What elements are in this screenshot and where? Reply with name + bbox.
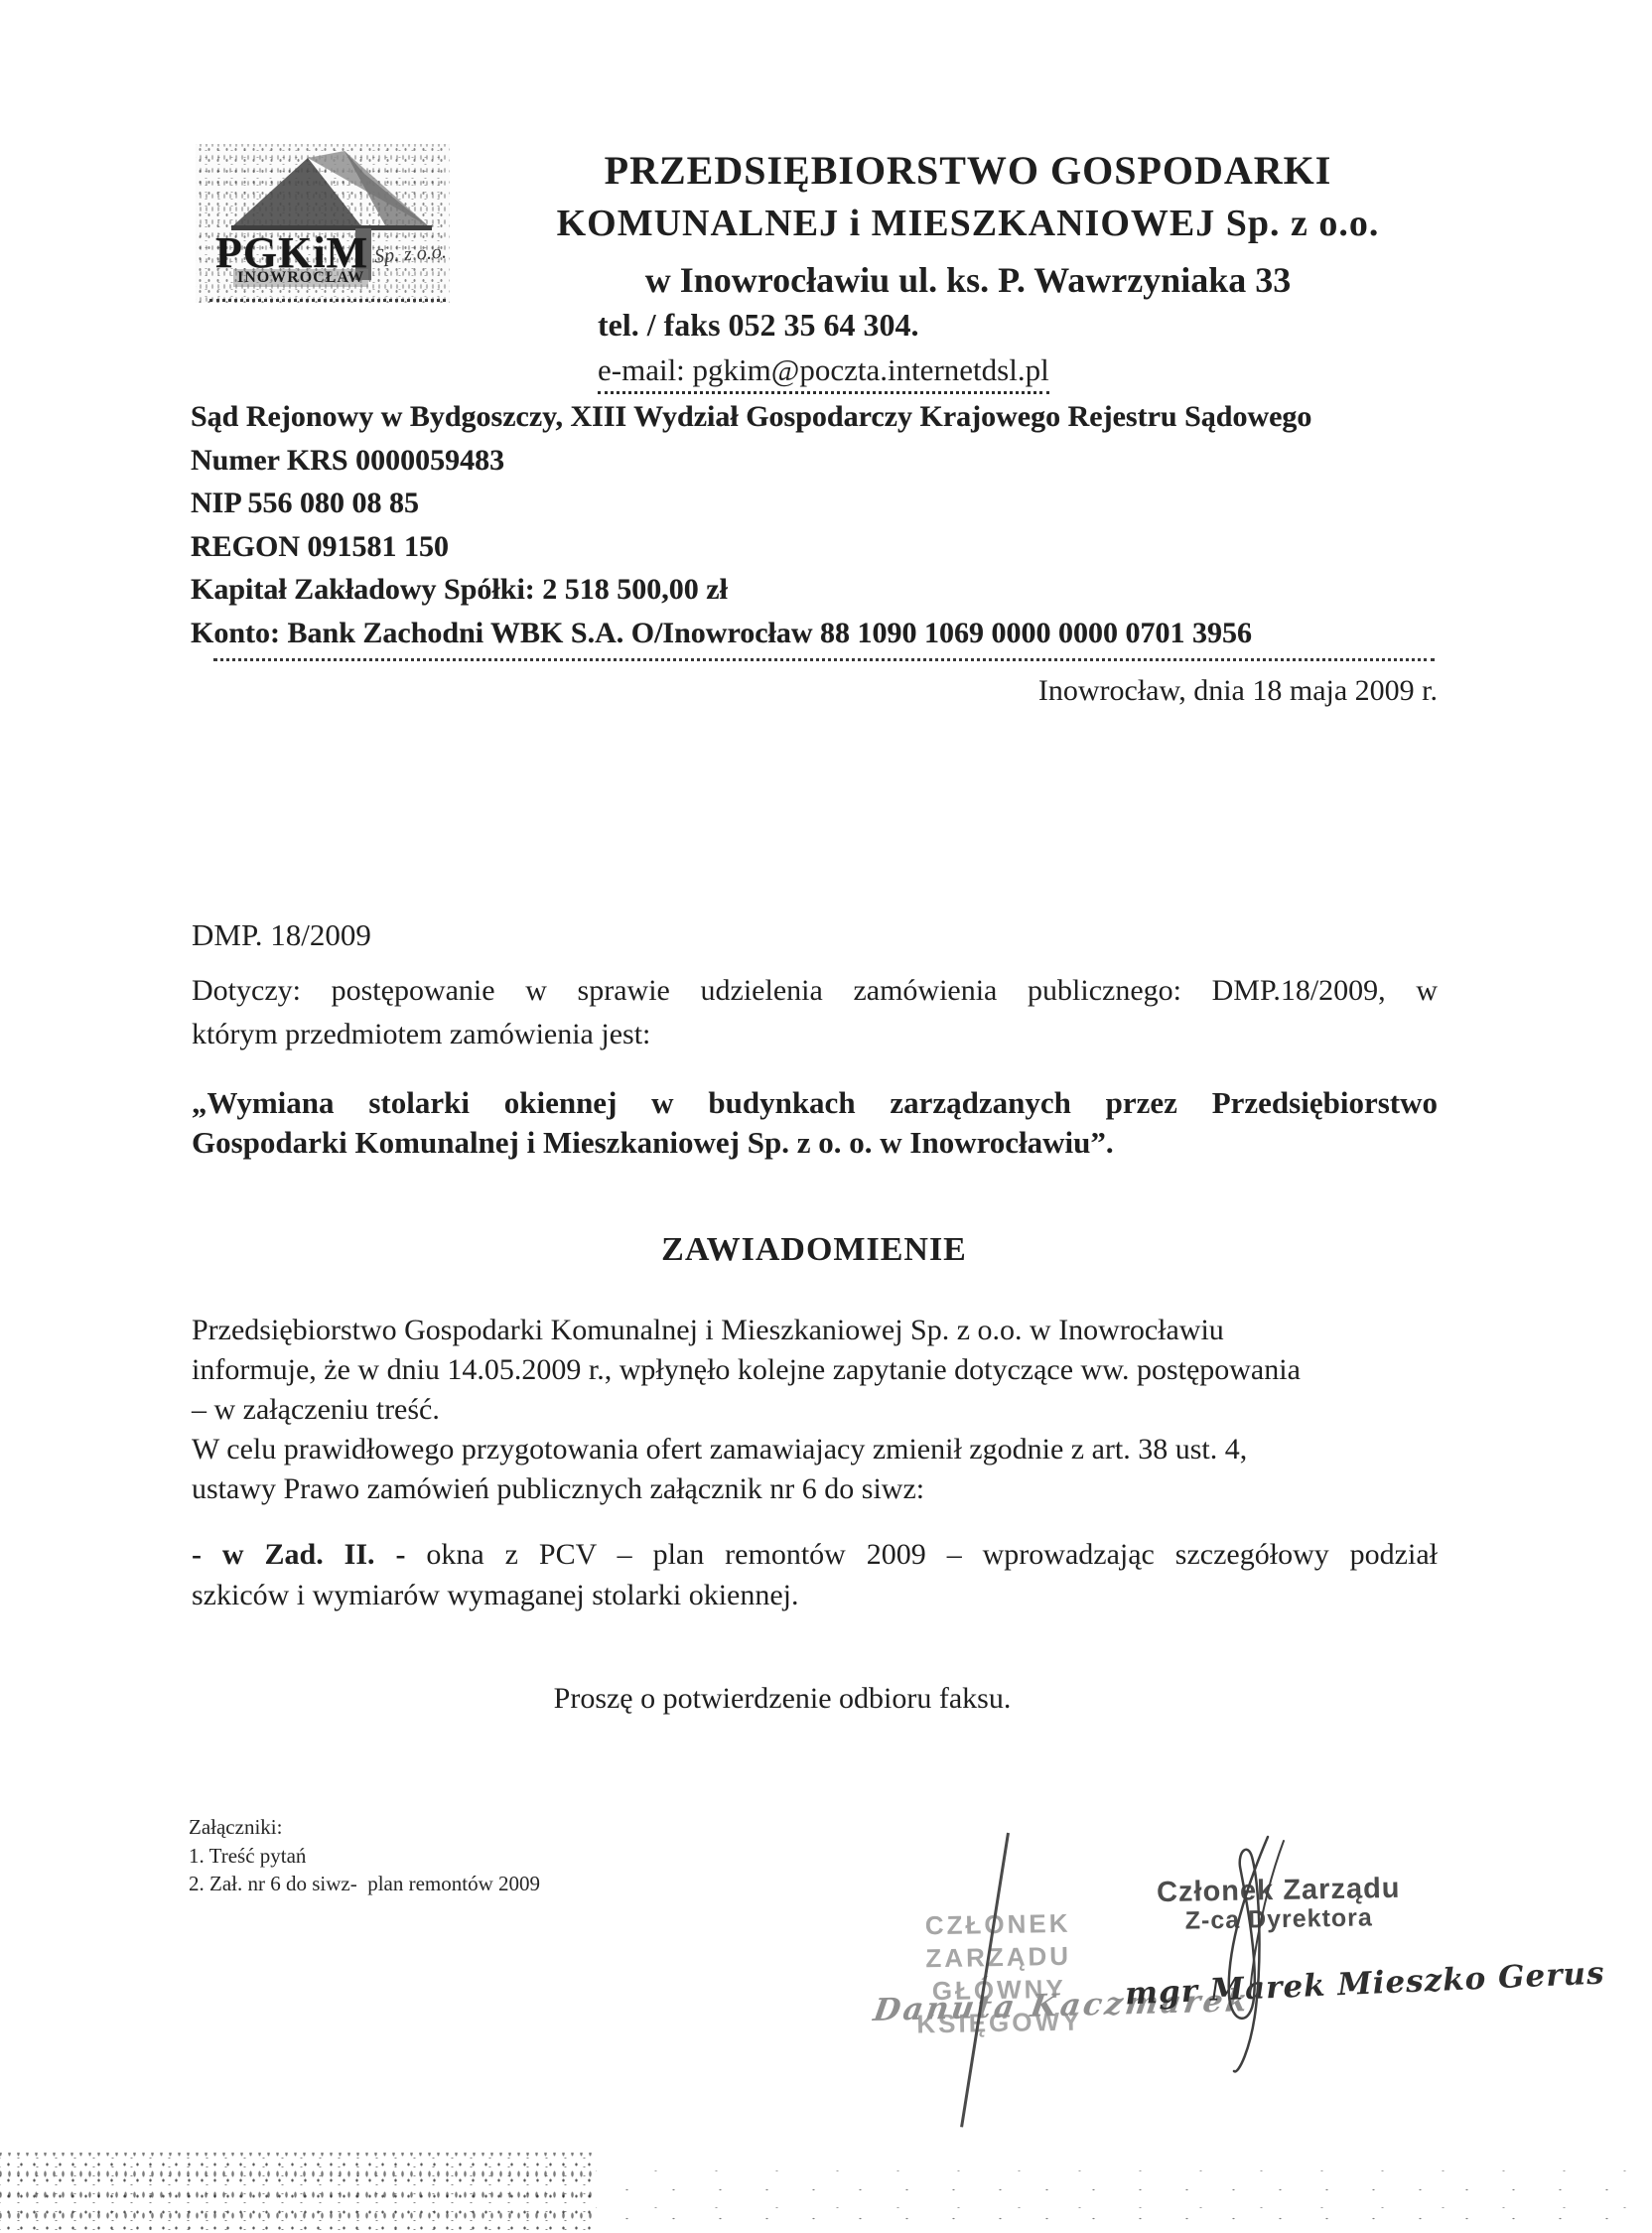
subject-title: „Wymiana stolarki okiennej w budynkach z… <box>192 1083 1438 1163</box>
subject-intro: Dotyczy: postępowanie w sprawie udzielen… <box>192 969 1438 1056</box>
date-line: Inowrocław, dnia 18 maja 2009 r. <box>191 674 1438 708</box>
company-logo: PGKiM INOWROCŁAW Sp. z o.o. <box>196 144 450 303</box>
subject-title-line: Gospodarki Komunalnej i Mieszkaniowej Sp… <box>192 1123 1438 1163</box>
logo-underline <box>209 299 446 302</box>
scan-noise-band <box>596 2169 1652 2233</box>
closing-request: Proszę o potwierdzenie odbioru faksu. <box>159 1682 1406 1716</box>
registry-regon: REGON 091581 150 <box>191 525 1451 569</box>
body-line: – w załączeniu treść. <box>192 1390 1438 1430</box>
body-line: ustawy Prawo zamówień publicznych załącz… <box>192 1469 1438 1509</box>
task-line: - w Zad. II. - okna z PCV – plan remontó… <box>192 1534 1438 1575</box>
company-email: e-mail: pgkim@poczta.internetdsl.pl <box>526 352 1481 394</box>
left-stamp-title: CZŁONEK ZARZĄDU <box>849 1905 1148 1976</box>
attachments-list: Załączniki: 1. Treść pytań 2. Zał. nr 6 … <box>189 1813 540 1898</box>
company-address: w Inowrocławiu ul. ks. P. Wawrzyniaka 33 <box>526 259 1410 301</box>
company-phone: tel. / faks 052 35 64 304. <box>526 307 1481 344</box>
registry-info: Sąd Rejonowy w Bydgoszczy, XIII Wydział … <box>191 395 1451 654</box>
subject-intro-line: którym przedmiotem zamówienia jest: <box>192 1013 1438 1056</box>
attachments-title: Załączniki: <box>189 1813 540 1842</box>
task-line: szkiców i wymiarów wymaganej stolarki ok… <box>192 1575 1438 1615</box>
company-name-line2: KOMUNALNEJ i MIESZKANIOWEJ Sp. z o.o. <box>526 202 1410 245</box>
registry-capital: Kapitał Zakładowy Spółki: 2 518 500,00 z… <box>191 568 1451 612</box>
separator-dotted-line <box>213 658 1435 661</box>
scan-noise-band <box>0 2153 596 2233</box>
signature-flourish-icon <box>1196 1829 1306 2077</box>
task-label: - w Zad. II. - <box>192 1538 405 1571</box>
body-line: W celu prawidłowego przygotowania ofert … <box>192 1430 1438 1469</box>
notice-body: Przedsiębiorstwo Gospodarki Komunalnej i… <box>192 1311 1438 1509</box>
attachment-item: 2. Zał. nr 6 do siwz- plan remontów 2009 <box>189 1870 540 1898</box>
company-name-line1: PRZEDSIĘBIORSTWO GOSPODARKI <box>526 147 1410 194</box>
registry-krs: Numer KRS 0000059483 <box>191 439 1451 483</box>
task-text: okna z PCV – plan remontów 2009 – wprowa… <box>405 1538 1438 1571</box>
logo-city: INOWROCŁAW <box>233 269 368 287</box>
attachment-item: 1. Treść pytań <box>189 1842 540 1871</box>
registry-court: Sąd Rejonowy w Bydgoszczy, XIII Wydział … <box>191 395 1451 439</box>
body-line: informuje, że w dniu 14.05.2009 r., wpły… <box>192 1350 1438 1390</box>
task-paragraph: - w Zad. II. - okna z PCV – plan remontó… <box>192 1534 1438 1615</box>
reference-number: DMP. 18/2009 <box>192 917 371 953</box>
notice-title: ZAWIADOMIENIE <box>191 1231 1438 1269</box>
subject-title-line: „Wymiana stolarki okiennej w budynkach z… <box>192 1083 1438 1123</box>
registry-nip: NIP 556 080 08 85 <box>191 482 1451 525</box>
company-email-text: e-mail: pgkim@poczta.internetdsl.pl <box>598 352 1049 394</box>
body-line: Przedsiębiorstwo Gospodarki Komunalnej i… <box>192 1311 1438 1350</box>
subject-intro-line: Dotyczy: postępowanie w sprawie udzielen… <box>192 969 1438 1013</box>
document-page: PGKiM INOWROCŁAW Sp. z o.o. PRZEDSIĘBIOR… <box>0 0 1652 2233</box>
registry-account: Konto: Bank Zachodni WBK S.A. O/Inowrocł… <box>191 612 1451 655</box>
